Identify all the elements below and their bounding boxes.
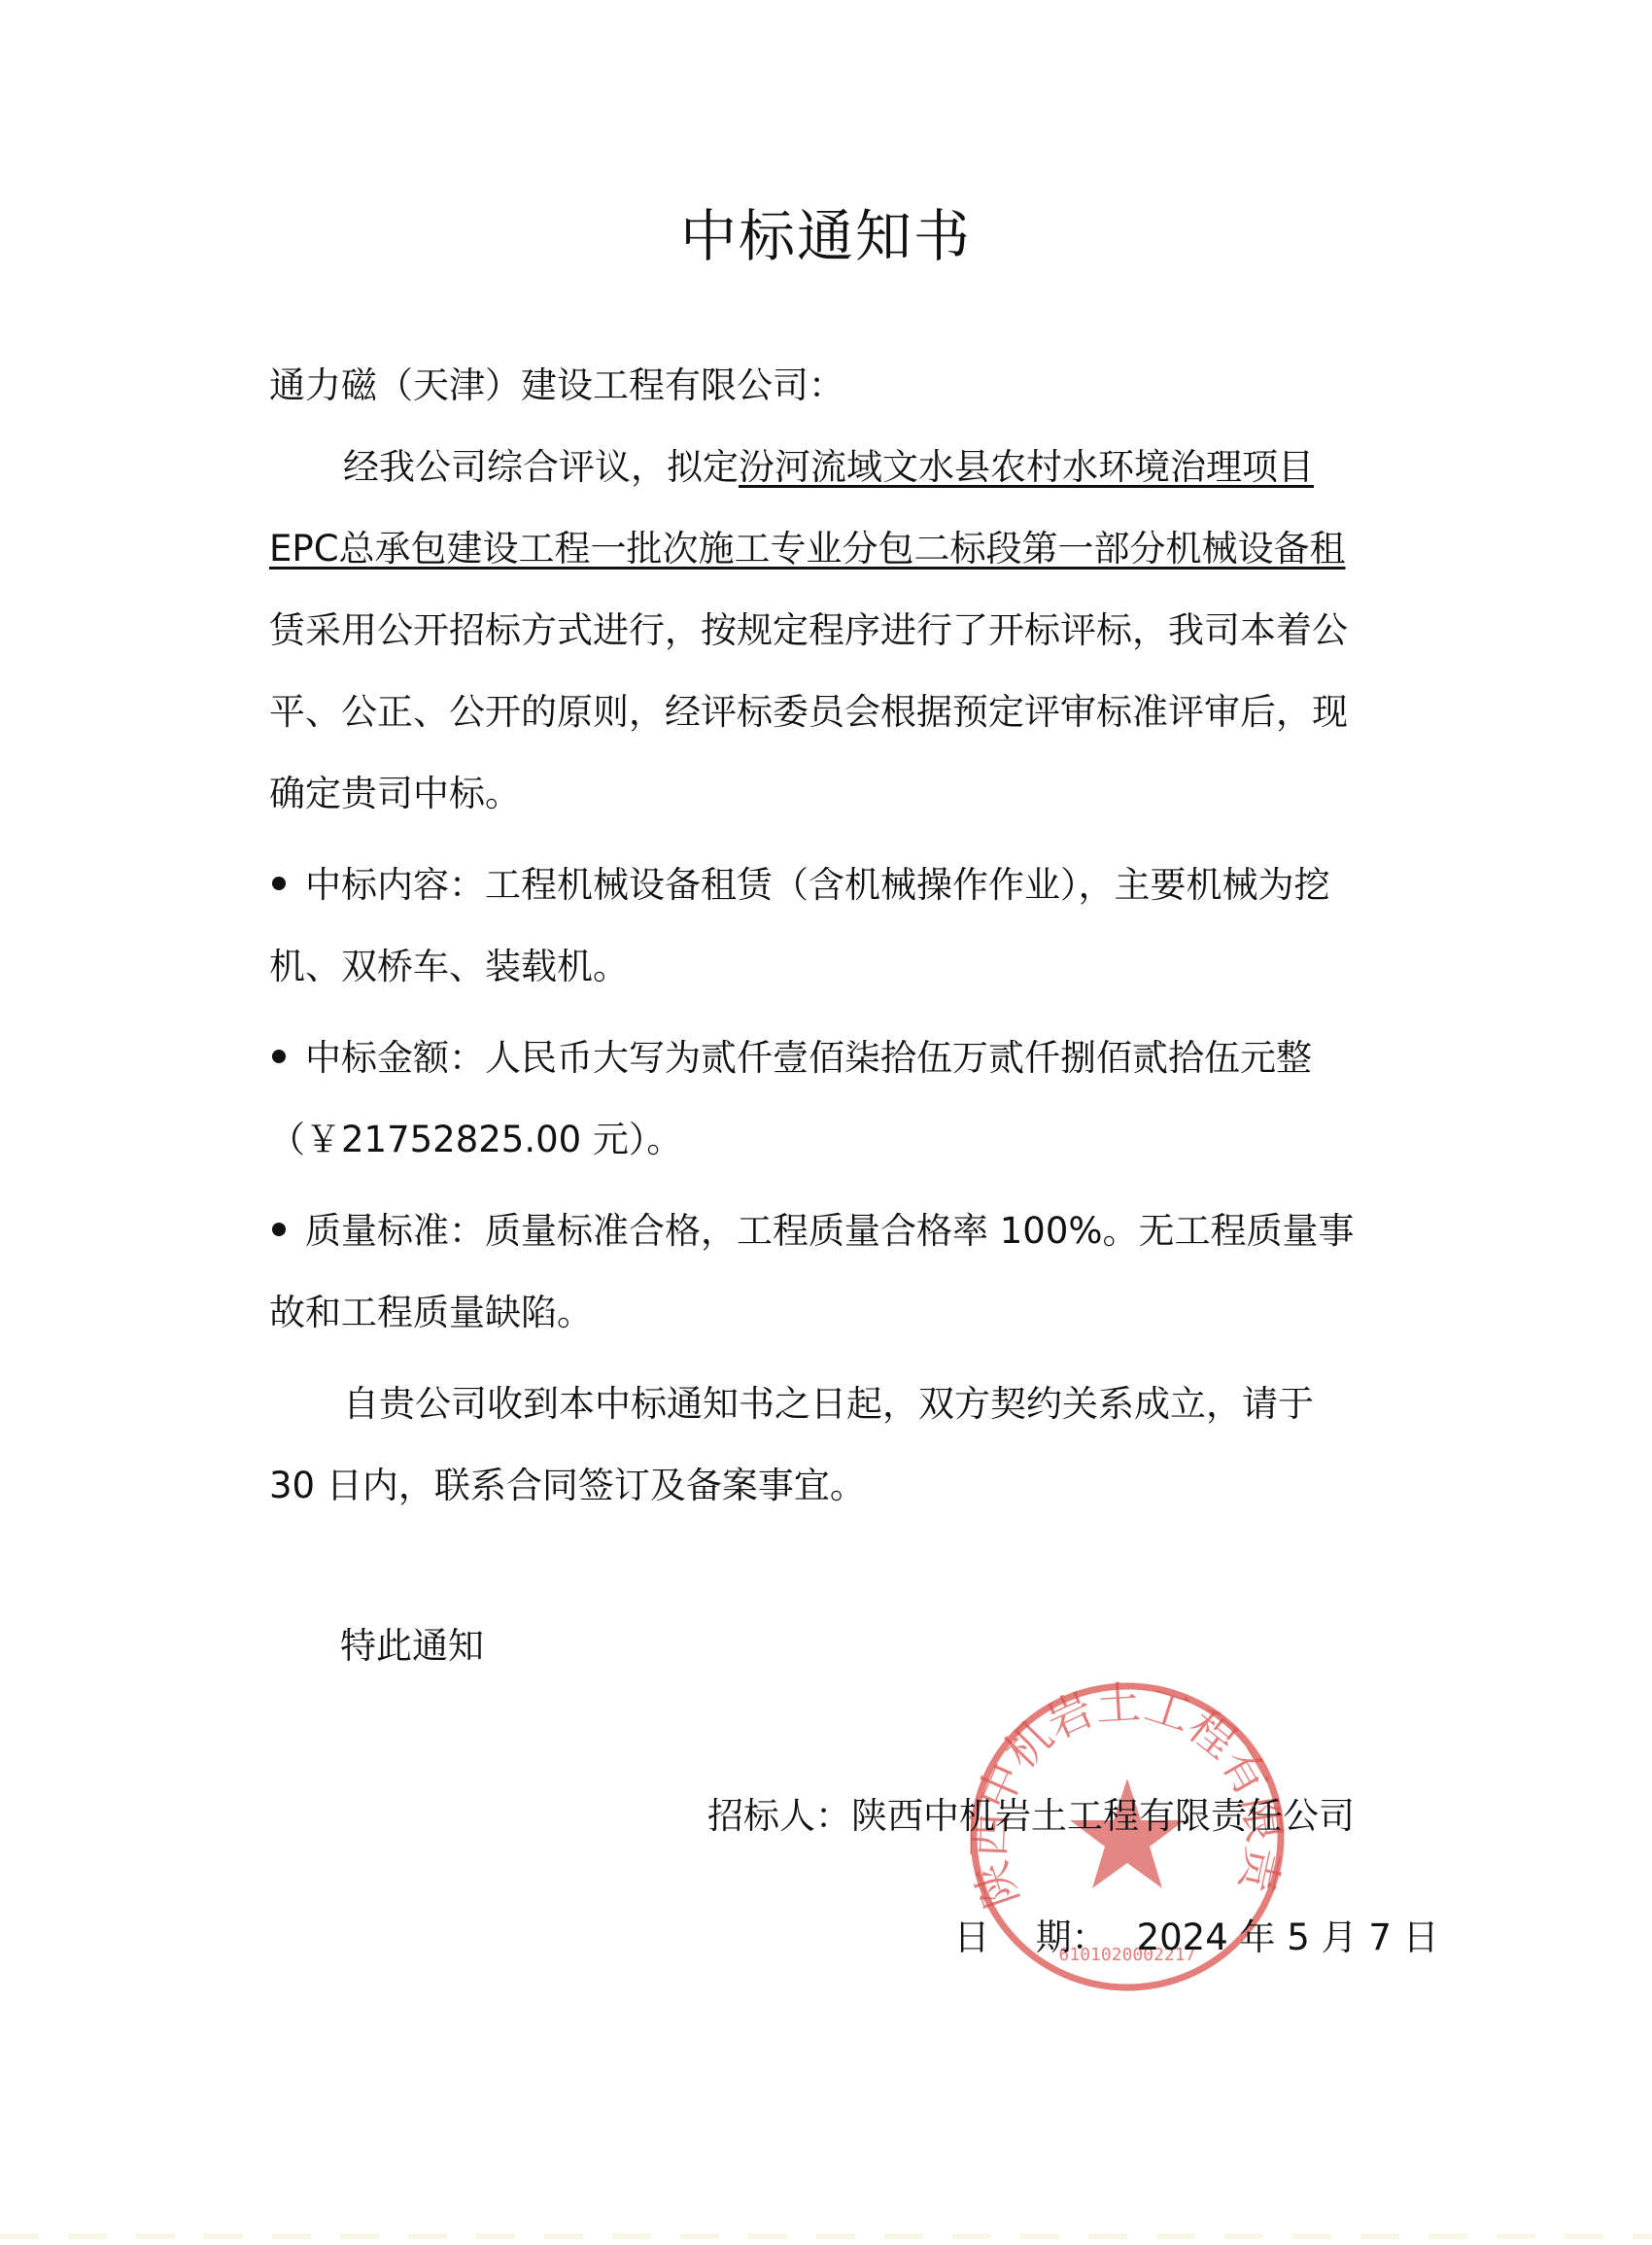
- project-name-part-2: EPC总承包建设工程一批次施工专业分包二标段第一部分机械设备租: [269, 528, 1346, 570]
- intro-line-1: 经我公司综合评议，拟定汾河流域文水县农村水环境治理项目: [343, 449, 1314, 485]
- intro-line-2: EPC总承包建设工程一批次施工专业分包二标段第一部分机械设备租: [269, 531, 1346, 567]
- bullet-quality-line-2: 故和工程质量缺陷。: [269, 1295, 593, 1330]
- intro-line-4: 平、公正、公开的原则，经评标委员会根据预定评审标准评审后，现: [269, 694, 1348, 730]
- intro-line-5: 确定贵司中标。: [269, 776, 521, 812]
- issuer-label: 招标人：: [707, 1795, 851, 1837]
- issuer-line: 招标人：陕西中机岩土工程有限责任公司: [707, 1798, 1355, 1834]
- addressee: 通力磁（天津）建设工程有限公司：: [269, 367, 844, 403]
- issuer-name: 陕西中机岩土工程有限责任公司: [851, 1795, 1355, 1837]
- bullet-content: 中标内容：工程机械设备租赁（含机械操作作业），主要机械为挖: [272, 867, 1330, 903]
- bullet-icon: [272, 877, 286, 890]
- project-name-part-1: 汾河流域文水县农村水环境治理项目: [739, 446, 1314, 488]
- intro-line-3: 赁采用公开招标方式进行，按规定程序进行了开标评标，我司本着公: [269, 612, 1348, 648]
- date-value: 2024 年 5 月 7 日: [1137, 1917, 1439, 1958]
- bullet-amount-line-1: 中标金额：人民币大写为贰仟壹佰柒拾伍万贰仟捌佰贰拾伍元整: [305, 1037, 1312, 1079]
- date-label: 日 期：: [954, 1917, 1108, 1958]
- bullet-amount-line-2: （￥21752825.00 元）。: [269, 1122, 682, 1157]
- document-title: 中标通知书: [0, 190, 1652, 272]
- bullet-amount: 中标金额：人民币大写为贰仟壹佰柒拾伍万贰仟捌佰贰拾伍元整: [272, 1040, 1312, 1076]
- bullet-quality-line-1: 质量标准：质量标准合格，工程质量合格率 100%。无工程质量事: [305, 1210, 1355, 1252]
- bullet-icon: [272, 1050, 286, 1063]
- bullet-content-line-2: 机、双桥车、装载机。: [269, 949, 629, 984]
- bullet-icon: [272, 1223, 286, 1236]
- notice-text: 特此通知: [340, 1628, 484, 1664]
- bullet-content-line-1: 中标内容：工程机械设备租赁（含机械操作作业），主要机械为挖: [305, 864, 1330, 906]
- bullet-quality: 质量标准：质量标准合格，工程质量合格率 100%。无工程质量事: [272, 1213, 1355, 1249]
- closing-line-1: 自贵公司收到本中标通知书之日起，双方契约关系成立，请于: [343, 1386, 1314, 1422]
- scan-artifact: [0, 2233, 1652, 2239]
- closing-line-2: 30 日内，联系合同签订及备案事宜。: [269, 1468, 866, 1503]
- intro-prefix: 经我公司综合评议，拟定: [343, 446, 739, 488]
- date-line: 日 期：2024 年 5 月 7 日: [931, 1883, 1439, 1955]
